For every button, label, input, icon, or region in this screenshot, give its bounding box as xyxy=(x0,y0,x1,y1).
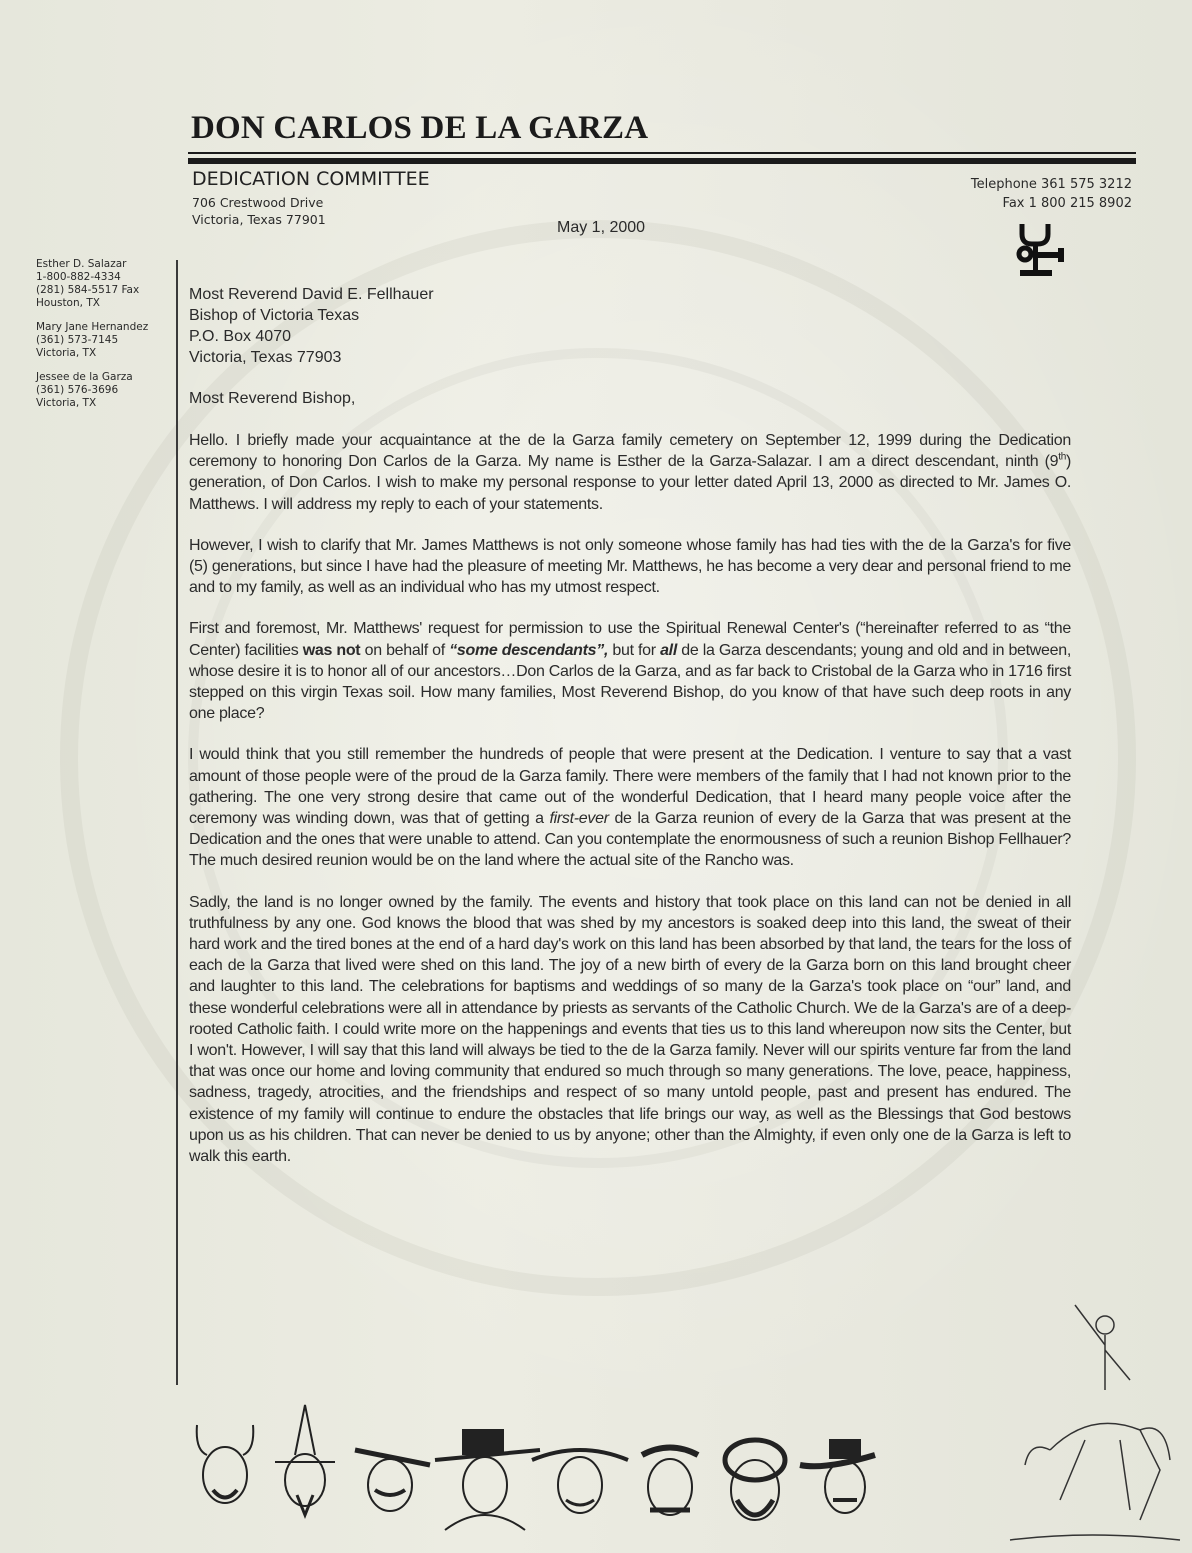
contact-name: Jessee de la Garza xyxy=(36,371,171,384)
paragraph-5: Sadly, the land is no longer owned by th… xyxy=(189,892,1071,1168)
contact-esther-salazar: Esther D. Salazar 1-800-882-4334 (281) 5… xyxy=(36,258,171,310)
letter-date: May 1, 2000 xyxy=(557,219,645,237)
paragraph-4: I would think that you still remember th… xyxy=(189,744,1071,871)
recipient-city: Victoria, Texas 77903 xyxy=(189,347,434,368)
letterhead-rule-thick xyxy=(188,158,1136,164)
contact-name: Esther D. Salazar xyxy=(36,258,171,271)
contact-phone: 1-800-882-4334 xyxy=(36,271,171,284)
horseman-illustration xyxy=(990,1290,1190,1550)
recipient-name: Most Reverend David E. Fellhauer xyxy=(189,284,434,305)
committee-city: Victoria, Texas 77901 xyxy=(192,212,326,227)
contact-mary-jane-hernandez: Mary Jane Hernandez (361) 573-7145 Victo… xyxy=(36,321,171,360)
recipient-title: Bishop of Victoria Texas xyxy=(189,305,434,326)
recipient-address: Most Reverend David E. Fellhauer Bishop … xyxy=(189,284,434,368)
paragraph-3: First and foremost, Mr. Matthews' reques… xyxy=(189,618,1071,724)
committee-telephone: Telephone 361 575 3212 xyxy=(971,177,1132,192)
committee-fax: Fax 1 800 215 8902 xyxy=(1003,196,1132,211)
contacts-sidebar: Esther D. Salazar 1-800-882-4334 (281) 5… xyxy=(36,258,171,421)
letterhead-rule-thin xyxy=(188,152,1136,154)
contact-location: Houston, TX xyxy=(36,297,171,310)
contact-location: Victoria, TX xyxy=(36,397,171,410)
contact-name: Mary Jane Hernandez xyxy=(36,321,171,334)
contact-location: Victoria, TX xyxy=(36,347,171,360)
contact-phone: (361) 576-3696 xyxy=(36,384,171,397)
salutation: Most Reverend Bishop, xyxy=(189,390,355,408)
letterhead-title: DON CARLOS DE LA GARZA xyxy=(191,110,648,147)
letter-body: Hello. I briefly made your acquaintance … xyxy=(189,430,1071,1187)
margin-rule xyxy=(176,260,178,1385)
contact-fax: (281) 584-5517 Fax xyxy=(36,284,171,297)
committee-street: 706 Crestwood Drive xyxy=(192,195,323,210)
paragraph-1: Hello. I briefly made your acquaintance … xyxy=(189,430,1071,515)
paragraph-2: However, I wish to clarify that Mr. Jame… xyxy=(189,535,1071,599)
recipient-po-box: P.O. Box 4070 xyxy=(189,326,434,347)
ancestor-portraits-illustration xyxy=(185,1395,965,1545)
contact-jessee-de-la-garza: Jessee de la Garza (361) 576-3696 Victor… xyxy=(36,371,171,410)
committee-name: DEDICATION COMMITTEE xyxy=(192,168,430,190)
cattle-brand-icon xyxy=(1012,222,1066,278)
contact-phone: (361) 573-7145 xyxy=(36,334,171,347)
